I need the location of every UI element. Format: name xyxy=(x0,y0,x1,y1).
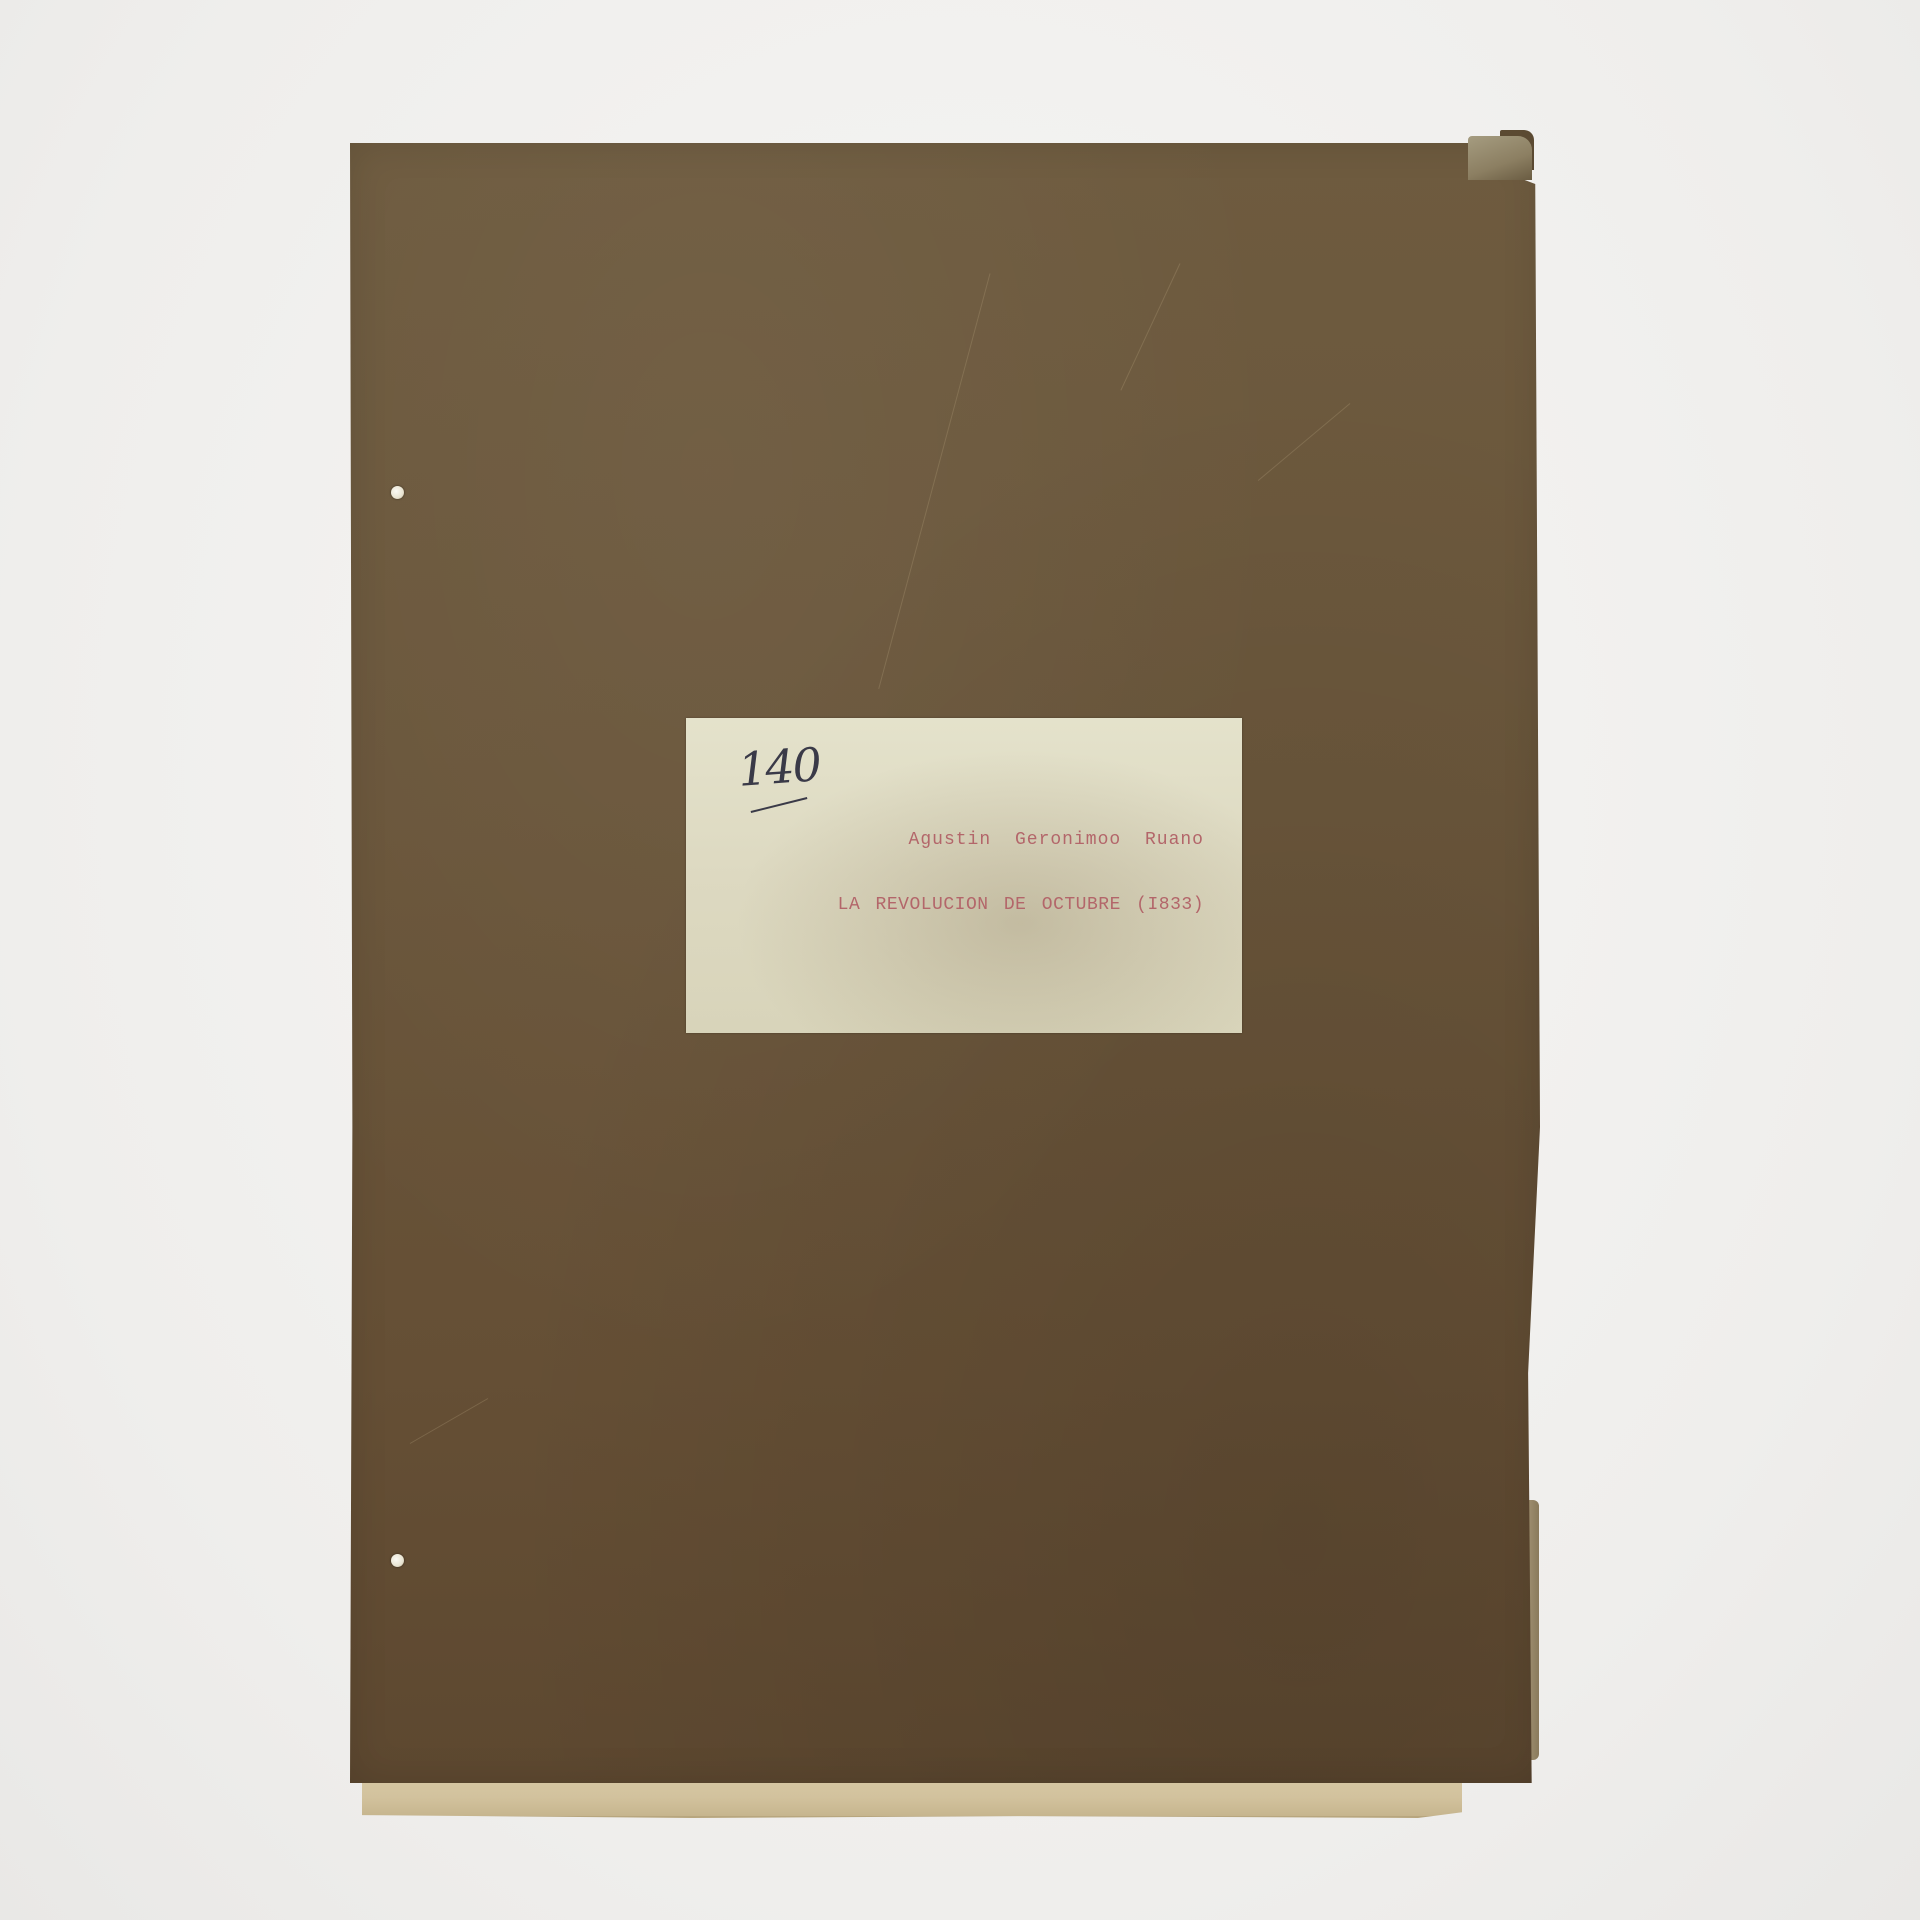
punch-hole-bottom xyxy=(391,1554,404,1567)
scratch-mark xyxy=(410,1398,488,1444)
punch-hole-top xyxy=(391,486,404,499)
cover-label: 140 Agustin Geronimoo Ruano LA REVOLUCIO… xyxy=(686,718,1242,1033)
document-title: LA REVOLUCION DE OCTUBRE (I833) xyxy=(838,895,1204,915)
handwritten-number: 140 xyxy=(736,737,821,797)
scratch-mark xyxy=(1258,403,1351,481)
scratch-mark xyxy=(1120,263,1180,390)
scratch-mark xyxy=(878,273,990,689)
torn-corner-flap xyxy=(1468,136,1532,180)
author-name: Agustin Geronimoo Ruano xyxy=(909,830,1204,850)
handwritten-underline xyxy=(751,797,808,813)
